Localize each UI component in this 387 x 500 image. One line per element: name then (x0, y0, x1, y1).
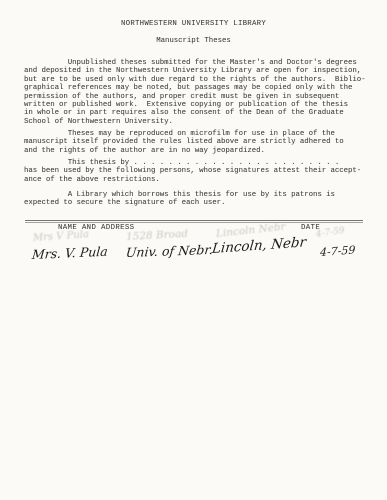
paragraph-microfilm: Theses may be reproduced on microfilm fo… (24, 130, 344, 155)
signature-name: Mrs. V. Pula (31, 244, 108, 262)
page-subheading: Manuscript Theses (0, 37, 387, 45)
signature-date: 4-7-59 (320, 243, 356, 259)
paragraph-library-borrow: A Library which borrows this thesis for … (24, 191, 335, 208)
table-top-rule (25, 220, 363, 221)
signature-institution: Univ. of Nebr. (125, 242, 214, 260)
page-heading: NORTHWESTERN UNIVERSITY LIBRARY (0, 20, 387, 28)
scanned-document-page: NORTHWESTERN UNIVERSITY LIBRARY Manuscri… (0, 0, 387, 500)
table-top-rule-second-line (25, 222, 363, 223)
paragraph-thesis-usage: This thesis by . . . . . . . . . . . . .… (24, 159, 361, 184)
pencil-ghost-erased-address: 1528 Broad (126, 228, 189, 243)
paragraph-access-rules: Unpublished theses submitted for the Mas… (24, 59, 366, 126)
pencil-ghost-erased-name: Mrs V Pula (33, 229, 90, 244)
